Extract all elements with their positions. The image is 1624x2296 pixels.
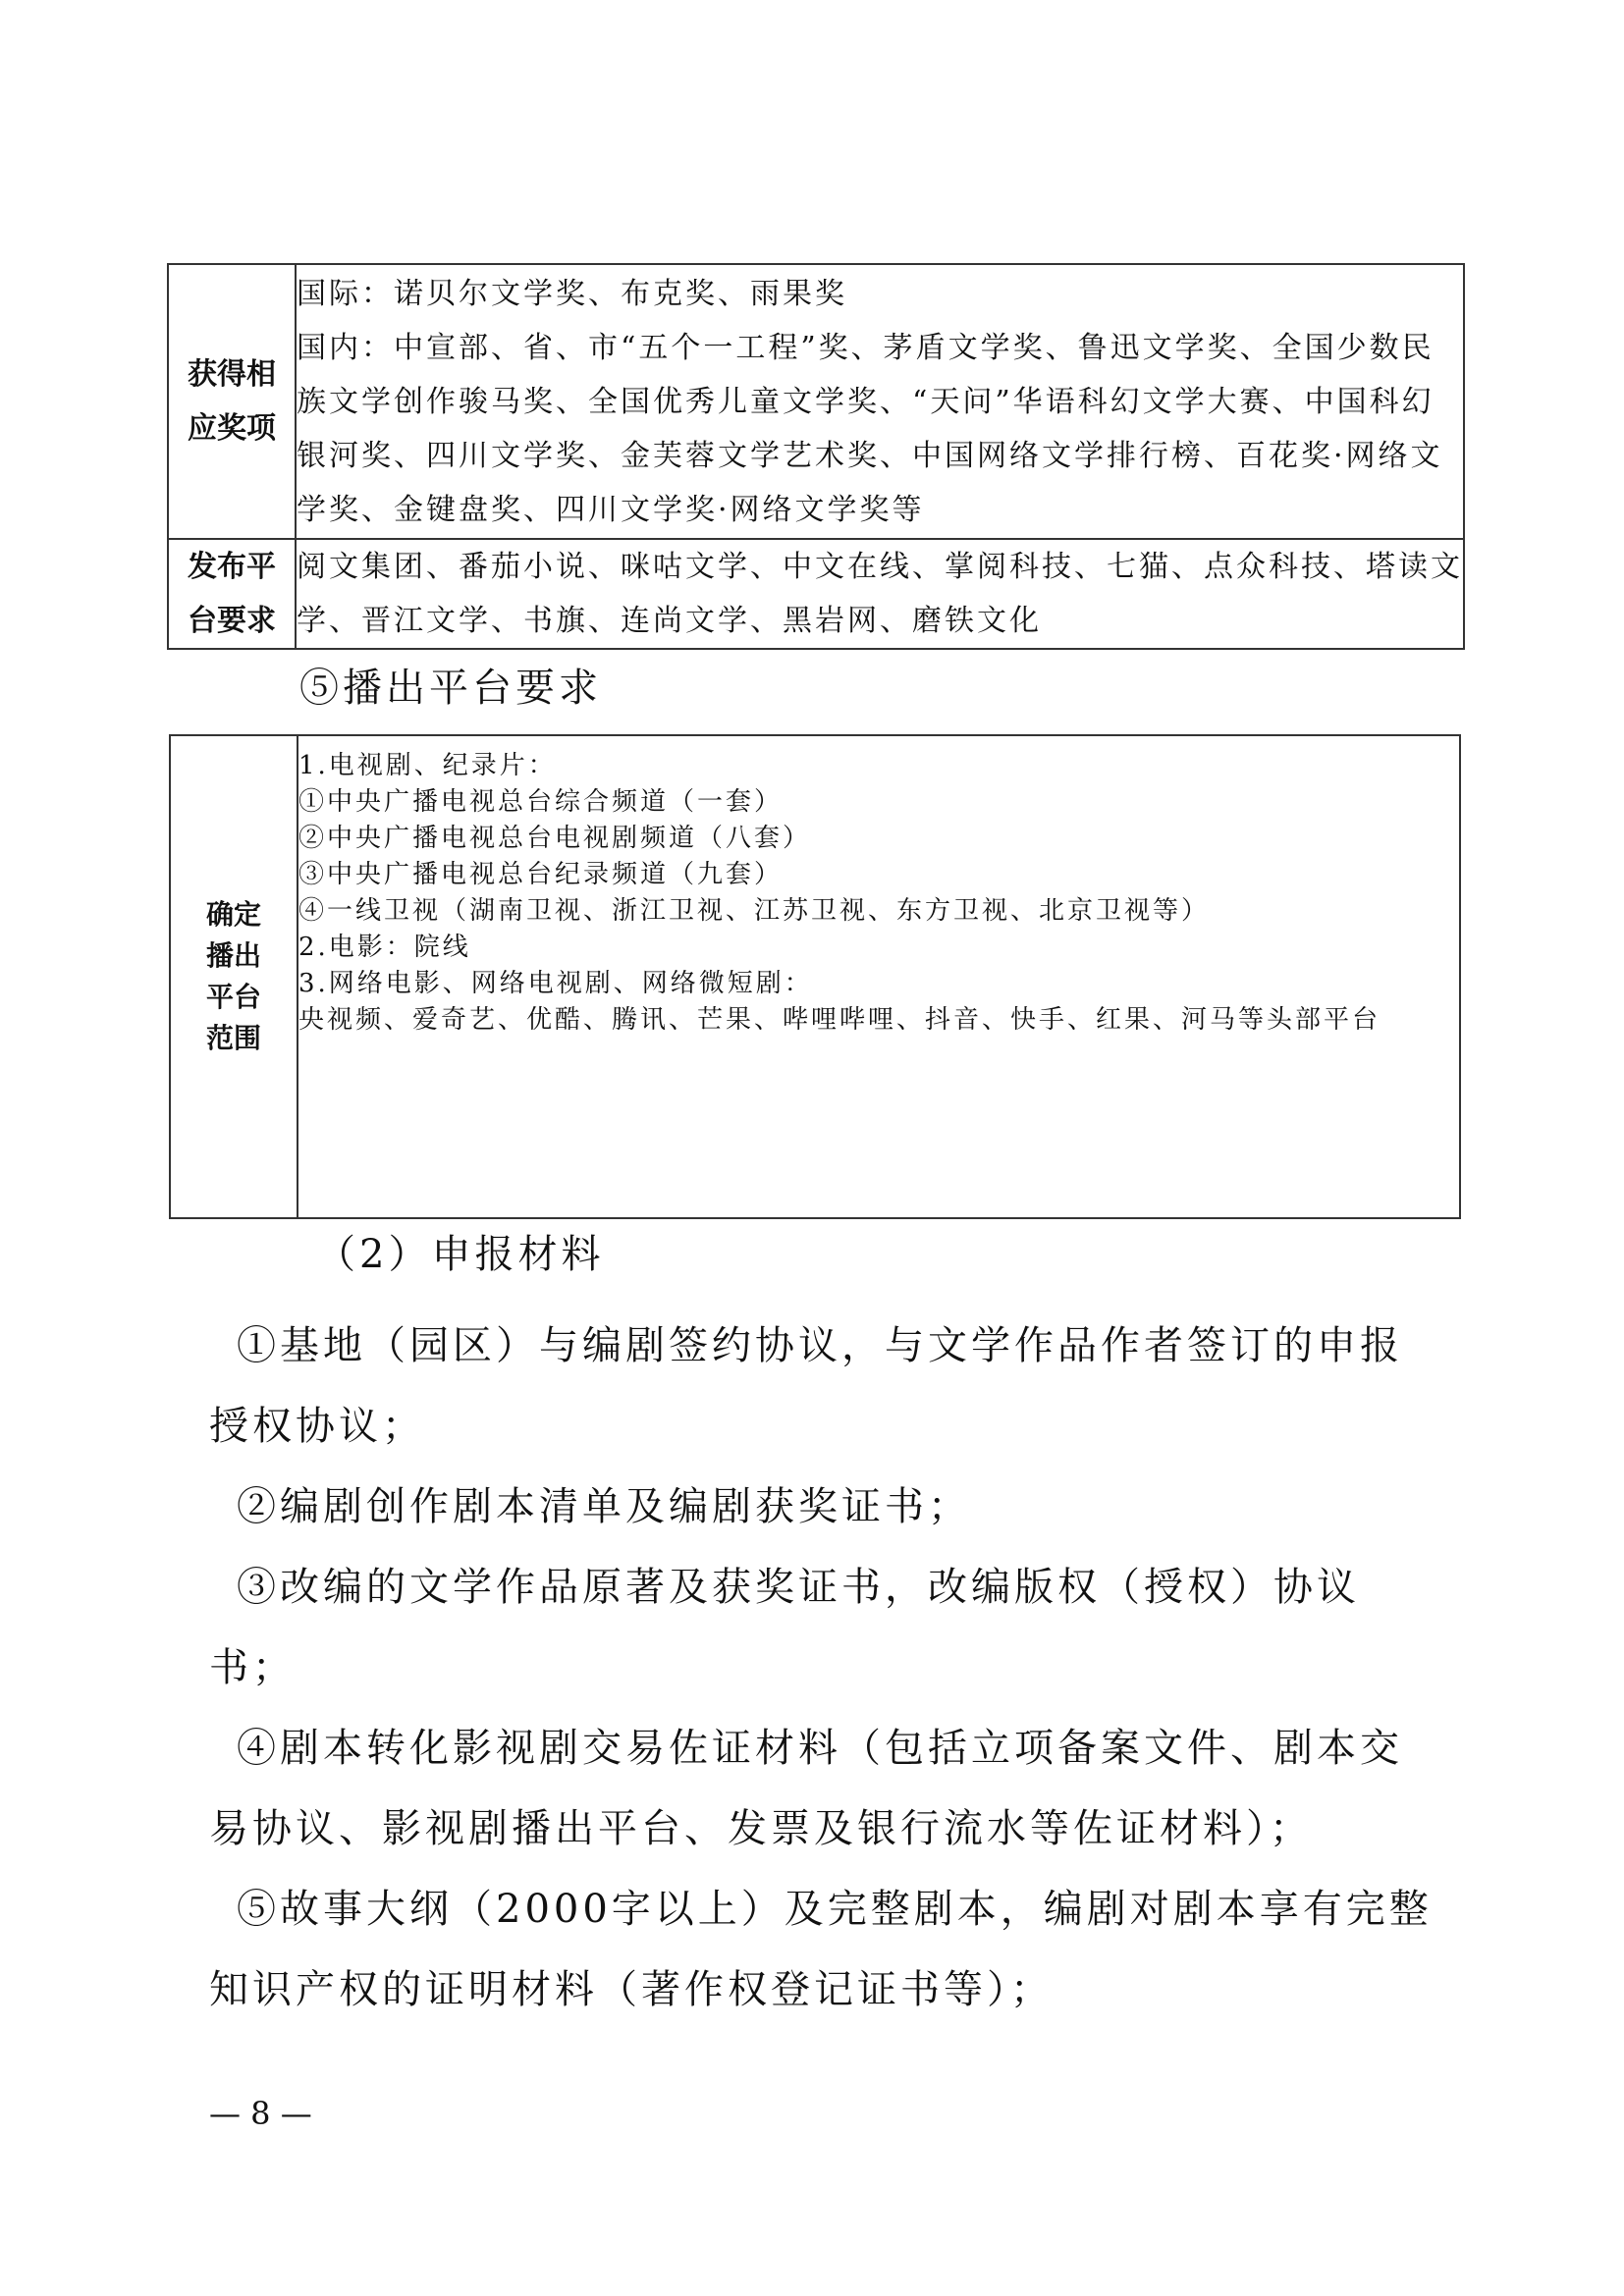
material-item-3: ③改编的文学作品原著及获奖证书，改编版权（授权）协议书； — [209, 1547, 1436, 1708]
label-cell-awards: 获得相 应奖项 — [168, 264, 296, 539]
awards-international: 国际：诺贝尔文学奖、布克奖、雨果奖 — [297, 267, 1463, 321]
material-item-2: ②编剧创作剧本清单及编剧获奖证书； — [209, 1467, 1436, 1547]
label-line: 获得相 — [169, 347, 295, 401]
broadcast-line: 央视频、爱奇艺、优酷、腾讯、芒果、哔哩哔哩、抖音、快手、红果、河马等头部平台 — [298, 1002, 1459, 1039]
content-cell-broadcast: 1.电视剧、纪录片： ①中央广播电视总台综合频道（一套） ②中央广播电视总台电视… — [298, 735, 1460, 1218]
table-row-awards: 获得相 应奖项 国际：诺贝尔文学奖、布克奖、雨果奖 国内：中宣部、省、市“五个一… — [168, 264, 1464, 539]
heading-application-materials: （2）申报材料 — [316, 1231, 604, 1278]
broadcast-line: ②中央广播电视总台电视剧频道（八套） — [298, 821, 1459, 857]
broadcast-line: 1.电视剧、纪录片： — [298, 748, 1459, 784]
content-cell-platforms: 阅文集团、番茄小说、咪咕文学、中文在线、掌阅科技、七猫、点众科技、塔读文学、晋江… — [296, 539, 1464, 649]
label-line: 平台 — [171, 977, 297, 1018]
label-line: 确定 — [171, 894, 297, 935]
label-line: 台要求 — [169, 594, 295, 648]
label-line: 发布平 — [169, 540, 295, 594]
label-cell-broadcast: 确定 播出 平台 范围 — [170, 735, 298, 1218]
heading-broadcast-platform: ⑤播出平台要求 — [299, 665, 602, 712]
label-line: 播出 — [171, 935, 297, 977]
broadcast-line: ④一线卫视（湖南卫视、浙江卫视、江苏卫视、东方卫视、北京卫视等） — [298, 893, 1459, 930]
label-cell-platforms: 发布平 台要求 — [168, 539, 296, 649]
broadcast-line: ③中央广播电视总台纪录频道（九套） — [298, 857, 1459, 893]
broadcast-line: 3.网络电影、网络电视剧、网络微短剧： — [298, 966, 1459, 1002]
material-item-4: ④剧本转化影视剧交易佐证材料（包括立项备案文件、剧本交易协议、影视剧播出平台、发… — [209, 1708, 1436, 1869]
broadcast-line: ①中央广播电视总台综合频道（一套） — [298, 784, 1459, 821]
awards-domestic: 国内：中宣部、省、市“五个一工程”奖、茅盾文学奖、鲁迅文学奖、全国少数民族文学创… — [297, 321, 1463, 537]
material-item-1: ①基地（园区）与编剧签约协议，与文学作品作者签订的申报授权协议； — [209, 1306, 1436, 1467]
awards-table: 获得相 应奖项 国际：诺贝尔文学奖、布克奖、雨果奖 国内：中宣部、省、市“五个一… — [167, 263, 1465, 650]
table-row-platforms: 发布平 台要求 阅文集团、番茄小说、咪咕文学、中文在线、掌阅科技、七猫、点众科技… — [168, 539, 1464, 649]
table-row-broadcast: 确定 播出 平台 范围 1.电视剧、纪录片： ①中央广播电视总台综合频道（一套）… — [170, 735, 1460, 1218]
page-number: — 8 — — [209, 2096, 312, 2131]
material-item-5: ⑤故事大纲（2000字以上）及完整剧本，编剧对剧本享有完整知识产权的证明材料（著… — [209, 1869, 1436, 2030]
broadcast-table: 确定 播出 平台 范围 1.电视剧、纪录片： ①中央广播电视总台综合频道（一套）… — [169, 734, 1461, 1219]
content-cell-awards: 国际：诺贝尔文学奖、布克奖、雨果奖 国内：中宣部、省、市“五个一工程”奖、茅盾文… — [296, 264, 1464, 539]
label-line: 应奖项 — [169, 401, 295, 455]
broadcast-line: 2.电影：院线 — [298, 930, 1459, 966]
platforms-list: 阅文集团、番茄小说、咪咕文学、中文在线、掌阅科技、七猫、点众科技、塔读文学、晋江… — [297, 540, 1463, 648]
label-line: 范围 — [171, 1018, 297, 1059]
